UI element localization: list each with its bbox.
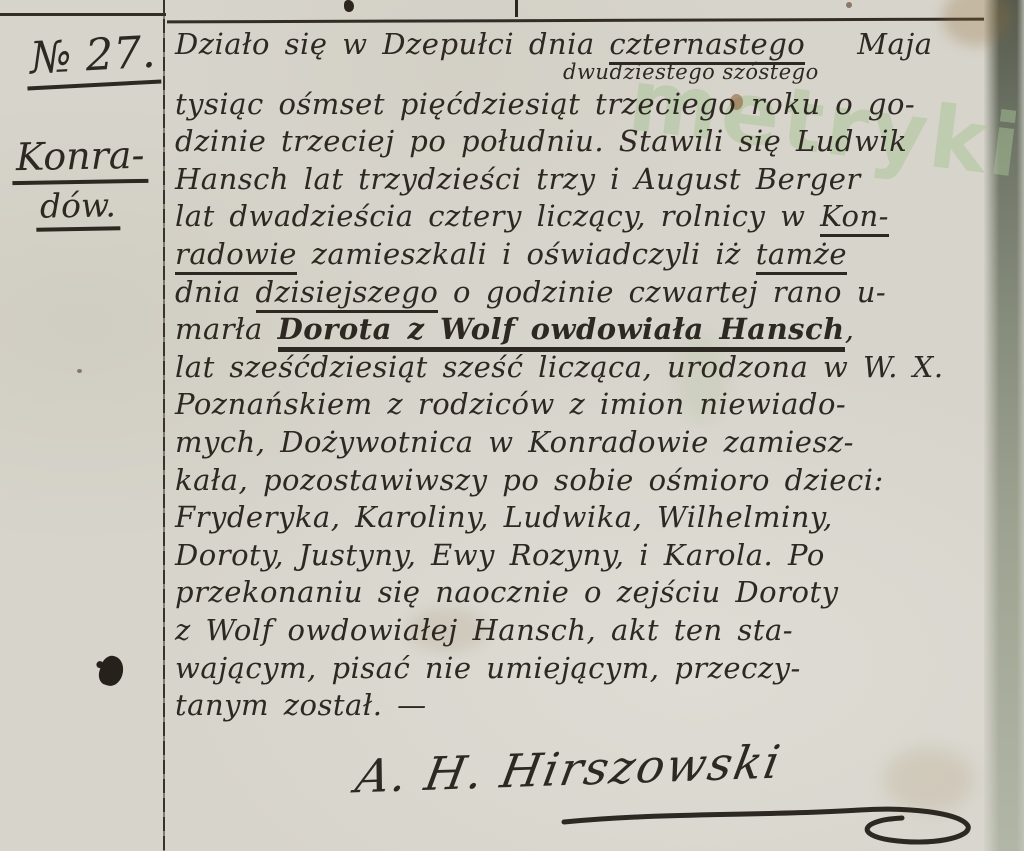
text-segment: przekonaniu się naocznie o zejściu Dorot… [175,575,839,609]
text-segment: , [845,312,855,346]
manuscript-line: tysiąc ośmset pięćdziesiąt trzeciego rok… [175,86,981,124]
text-segment: lat sześćdziesiąt sześć licząca, urodzon… [175,350,944,384]
manuscript-line: marła Dorota z Wolf owdowiała Hansch, [175,311,981,349]
register-page: metryki.gen № 27. Konra- dów. Działo się… [0,0,1024,851]
ink-speck [344,0,354,12]
text-segment: dnia [175,275,256,309]
underlined-text: dzisiejszego [256,275,439,313]
ink-speck [846,2,852,8]
manuscript-line: mych, Dożywotnica w Konradowie zamiesz- [175,424,981,462]
manuscript-line: lat sześćdziesiąt sześć licząca, urodzon… [175,349,981,387]
manuscript-line: dnia dzisiejszego o godzinie czwartej ra… [175,274,981,312]
text-segment: marła [175,312,278,346]
manuscript-line: radowie zamieszkali i oświadczyli iż tam… [175,236,981,274]
text-segment: tysiąc ośmset pięćdziesiąt trzeciego rok… [175,87,915,121]
margin-column: № 27. Konra- dów. [0,0,163,851]
manuscript-line: tanym został. — [175,687,981,725]
manuscript-line: dzinie trzeciej po południu. Stawili się… [175,123,981,161]
text-segment: Fryderyka, Karoliny, Ludwika, Wilhelminy… [175,500,833,534]
text-segment: lat dwadzieścia cztery liczący, rolnicy … [175,199,820,233]
text-segment: Hansch lat trzydzieści trzy i August Ber… [175,162,861,196]
place-name-text1: Konra- [12,133,149,185]
column-divider-rule [163,0,165,851]
record-number: № 27. [25,27,161,91]
manuscript-line: Hansch lat trzydzieści trzy i August Ber… [175,161,981,199]
manuscript-line: z Wolf owdowiałej Hansch, akt ten sta- [175,612,981,650]
manuscript-line: Fryderyka, Karoliny, Ludwika, Wilhelminy… [175,499,981,537]
record-body: Działo się w Dzepułci dnia czternastegoM… [175,26,981,725]
text-segment: Poznańskiem z rodziców z imion niewiado- [175,387,846,421]
text-segment: wającym, pisać nie umiejącym, przeczy- [175,651,801,685]
ink-speck [77,369,82,373]
underlined-text: Kon- [820,199,889,237]
page-edge-binding [984,0,1024,851]
manuscript-line: lat dwadzieścia cztery liczący, rolnicy … [175,198,981,236]
text-segment: tanym został. — [175,688,427,722]
underlined-text: radowie [175,237,297,275]
text-segment: zamieszkali i oświadczyli iż [297,237,756,271]
ink-speck [515,0,518,17]
text-segment: mych, Dożywotnica w Konradowie zamiesz- [175,425,854,459]
place-name-line2: dów. [36,185,121,231]
place-name-text2: dów. [36,185,121,231]
manuscript-line: Poznańskiem z rodziców z imion niewiado- [175,386,981,424]
interlinear-date: dwudziestego szóstego [563,60,819,84]
manuscript-line: wającym, pisać nie umiejącym, przeczy- [175,650,981,688]
manuscript-line: przekonaniu się naocznie o zejściu Dorot… [175,574,981,612]
text-segment: Doroty, Justyny, Ewy Rozyny, i Karola. P… [175,538,825,572]
underlined-text: tamże [756,237,847,275]
text-segment: dzinie trzeciej po południu. Stawili się… [175,124,907,158]
top-rule-main-column [167,18,988,24]
text-segment: kała, pozostawiwszy po sobie ośmioro dzi… [175,463,884,497]
manuscript-line: kała, pozostawiwszy po sobie ośmioro dzi… [175,462,981,500]
text-segment: o godzinie czwartej rano u- [438,275,886,309]
text-segment: Maja [857,27,932,61]
underlined-text: Dorota z Wolf owdowiała Hansch [278,312,845,352]
manuscript-line: Doroty, Justyny, Ewy Rozyny, i Karola. P… [175,537,981,575]
text-segment: z Wolf owdowiałej Hansch, akt ten sta- [175,613,793,647]
text-segment: Działo się w Dzepułci dnia [175,27,609,61]
manuscript-line: Działo się w Dzepułci dnia czternastegoM… [175,26,981,64]
record-number-text: № 27. [25,27,161,91]
place-name-line1: Konra- [12,133,149,185]
signature-flourish [560,792,980,851]
manuscript-lines: Działo się w Dzepułci dnia czternastegoM… [175,26,981,725]
